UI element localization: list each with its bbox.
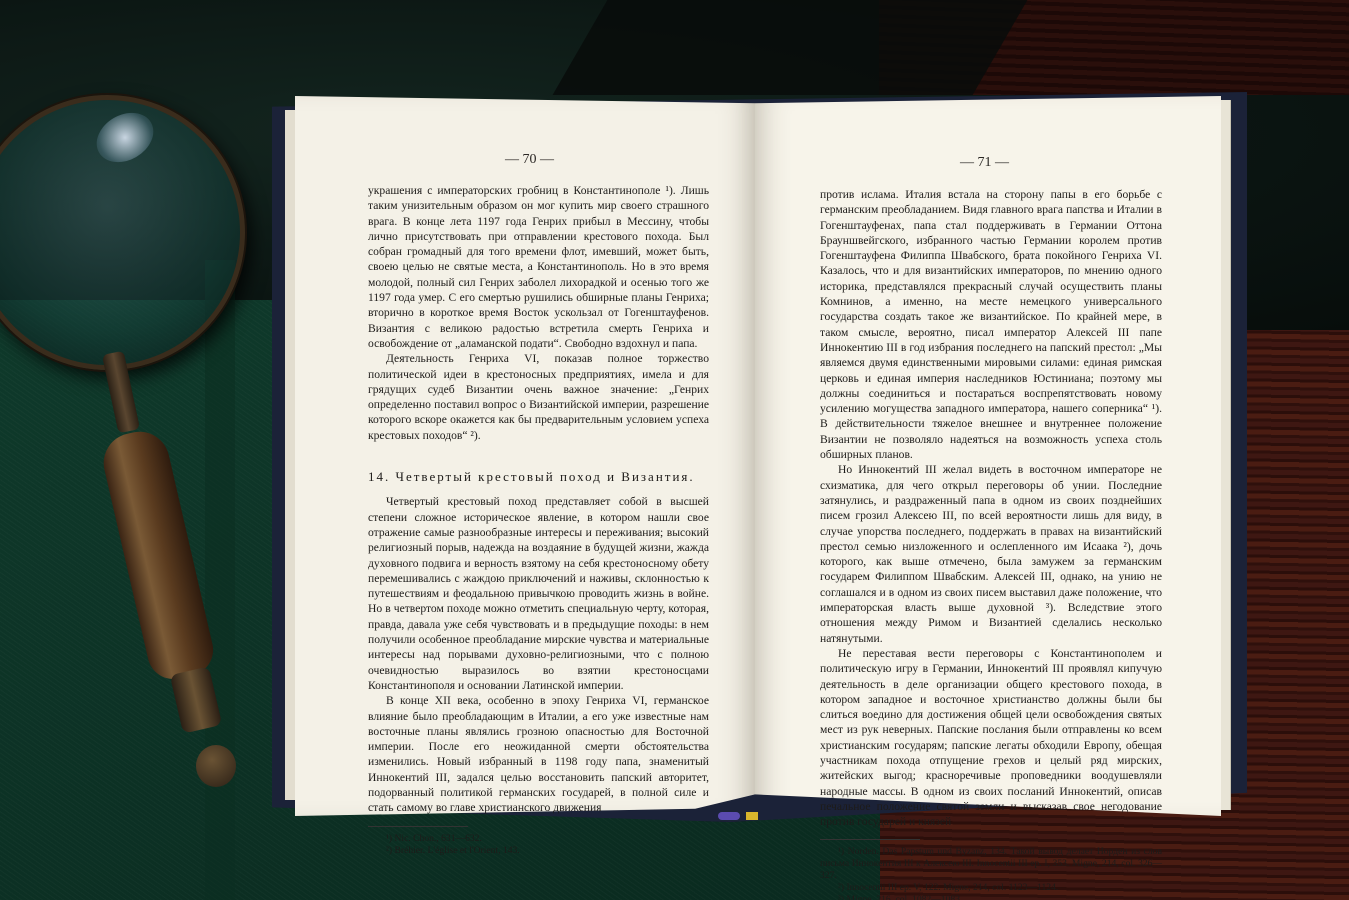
paragraph: Четвертый крестовый поход представляет с…: [368, 494, 709, 693]
shadow: [553, 0, 1028, 95]
paragraph: украшения с императорских гробниц в Конс…: [368, 183, 709, 351]
section-heading: 14. Четвертый крестовый поход и Византия…: [368, 469, 709, 484]
paragraph: Но Иннокентий III желал видеть в восточн…: [820, 462, 1162, 646]
left-page-text: украшения с императорских гробниц в Конс…: [368, 183, 709, 857]
footnote-rule: [368, 826, 468, 827]
bookmark-ribbon-purple: [718, 812, 740, 820]
paragraph: В конце XII века, особенно в эпоху Генри…: [368, 693, 709, 815]
page-number-left: — 70 —: [505, 152, 554, 168]
bookmark-ribbon-gold: [746, 812, 758, 820]
leather-panel-seam: [205, 260, 235, 900]
paragraph: против ислама. Италия встала на сторону …: [820, 187, 1162, 462]
magnifier-end-knob: [196, 745, 236, 787]
paragraph: Деятельность Генриха VI, показав полное …: [368, 351, 709, 443]
page-number-right: — 71 —: [960, 155, 1009, 171]
footnote: ³) Migne, 216, col. 1082—1083.: [820, 894, 1162, 900]
footnote: ²) Innocentii III ep. V, 122. Migne, 214…: [820, 882, 1162, 894]
right-page-text: против ислама. Италия встала на сторону …: [820, 187, 1162, 900]
footnote: ¹) Nic. Chon., 631—632.: [368, 833, 709, 845]
photo-scene: — 70 — украшения с императорских гробниц…: [0, 0, 1349, 900]
footnotes: ¹) Norden. Das Papstum und Byzanz, 134. …: [820, 846, 1162, 900]
paragraph: Не переставая вести переговоры с Констан…: [820, 646, 1162, 830]
footnotes: ¹) Nic. Chon., 631—632. ²) Bréhier. L'ég…: [368, 833, 709, 857]
footnote: ²) Bréhier. L'église et l'Orient, 143.: [368, 845, 709, 857]
footnote: ¹) Norden. Das Papstum und Byzanz, 134. …: [820, 846, 1162, 882]
footnote-rule: [820, 839, 920, 840]
page-edges-left: [285, 110, 295, 800]
